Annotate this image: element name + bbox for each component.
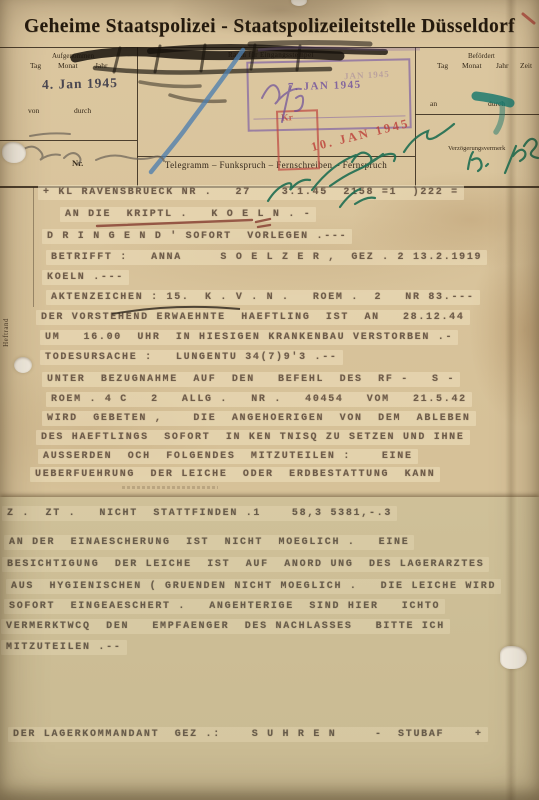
durch-label-forwarded: durch: [488, 99, 505, 108]
forwarded-cell-rule: [415, 114, 539, 115]
form-divider-right: [415, 47, 416, 187]
telegram-line: VERMERKTWCQ DEN EMPFAENGER DES NACHLASSE…: [1, 619, 450, 634]
red-stamp-code: Kr: [281, 113, 293, 123]
telegram-line: KOELN .---: [42, 270, 129, 285]
telegram-line: AN DER EINAESCHERUNG IST NICHT MOEGLICH …: [4, 535, 414, 550]
monat-label-forwarded: Monat: [462, 61, 482, 70]
telegram-line: BESICHTIGUNG DER LEICHE IST AUF ANORD UN…: [2, 557, 489, 572]
telegram-line: TODESURSACHE : LUNGENTU 34(7)9'3 .--: [40, 350, 343, 365]
durch-label-received: durch: [74, 106, 91, 115]
zeit-label: Zeit: [520, 61, 532, 70]
stamp-area-label: Raum für Eingangsstempel: [228, 51, 314, 59]
title-rule: [0, 47, 539, 48]
jahr-label-forwarded: Jahr: [496, 61, 509, 70]
tag-label-forwarded: Tag: [437, 61, 448, 70]
entry-date-stamp: 7. JAN 1945: [288, 79, 362, 94]
telegram-line: ROEM . 4 C 2 ALLG . NR . 40454 VOM 21.5.…: [46, 392, 472, 407]
received-date-stamp: 4. Jan 1945: [42, 75, 118, 93]
monat-label-received: Monat: [58, 61, 78, 70]
message-type-line: Telegramm – Funkspruch – Fernschreiben –…: [137, 160, 415, 170]
telegram-line: UM 16.00 UHR IN HIESIGEN KRANKENBAU VERS…: [40, 330, 458, 345]
telegram-line: UNTER BEZUGNAHME AUF DEN BEFEHL DES RF -…: [42, 372, 460, 387]
telegram-line: AN DIE KRIPTL . K O E L N . -: [60, 207, 316, 222]
nr-label: Nr.: [72, 158, 83, 168]
telegram-line: + KL RAVENSBRUECK NR . 27 3.1.45 2158 =1…: [38, 185, 464, 200]
telegram-line: AUS HYGIENISCHEN ( GRUENDEN NICHT MOEGLI…: [6, 579, 501, 594]
signature-line: DER LAGERKOMMANDANT GEZ .: S U H R E N -…: [8, 727, 488, 742]
telegram-line: WIRD GEBETEN , DIE ANGEHOERIGEN VON DEM …: [42, 411, 476, 426]
stamp-cell-rule: [137, 156, 415, 157]
befoerdert-label: Befördert: [468, 52, 495, 60]
von-label: von: [28, 106, 39, 115]
telegram-line: MITZUTEILEN .--: [1, 640, 127, 655]
tag-label-received: Tag: [30, 61, 41, 70]
delay-note-label: Verzögerungsvermerk: [448, 145, 505, 152]
paper-crease: [505, 0, 517, 800]
telegram-line: DER VORSTEHEND ERWAEHNTE HAEFTLING IST A…: [36, 310, 470, 325]
sheet-fold-line: [33, 187, 34, 307]
punch-hole: [14, 357, 32, 373]
telegram-line: D R I N G E N D ' SOFORT VORLEGEN .---: [42, 229, 352, 244]
telegram-line: DES HAEFTLINGS SOFORT IN KEN TNISQ ZU SE…: [36, 430, 470, 445]
heftrand-label: Heftrand: [2, 318, 10, 347]
telegram-line: BETRIFFT : ANNA S O E L Z E R , GEZ . 2 …: [46, 250, 487, 265]
telegram-line: AKTENZEICHEN : 15. K . V . N . ROEM . 2 …: [46, 290, 480, 305]
jahr-label-received: Jahr: [95, 61, 108, 70]
an-label: an: [430, 99, 437, 108]
faded-form-footprint: [122, 486, 218, 489]
telegram-line: SOFORT EINGEAESCHERT . ANGEHTERIGE SIND …: [4, 599, 445, 614]
received-cell-rule: [0, 140, 137, 141]
document-title: Geheime Staatspolizei - Staatspolizeilei…: [0, 16, 539, 38]
aufgenommen-label: Aufgenommen: [52, 52, 94, 60]
telegram-line: Z . ZT . NICHT STATTFINDEN .1 58,3 5381,…: [2, 506, 397, 521]
telegram-line: UEBERFUEHRUNG DER LEICHE ODER ERDBESTATT…: [30, 467, 440, 482]
telegram-line: AUSSERDEN OCH FOLGENDES MITZUTEILEN : EI…: [38, 449, 418, 464]
punch-hole: [2, 142, 26, 163]
paper-tear: [500, 646, 527, 669]
